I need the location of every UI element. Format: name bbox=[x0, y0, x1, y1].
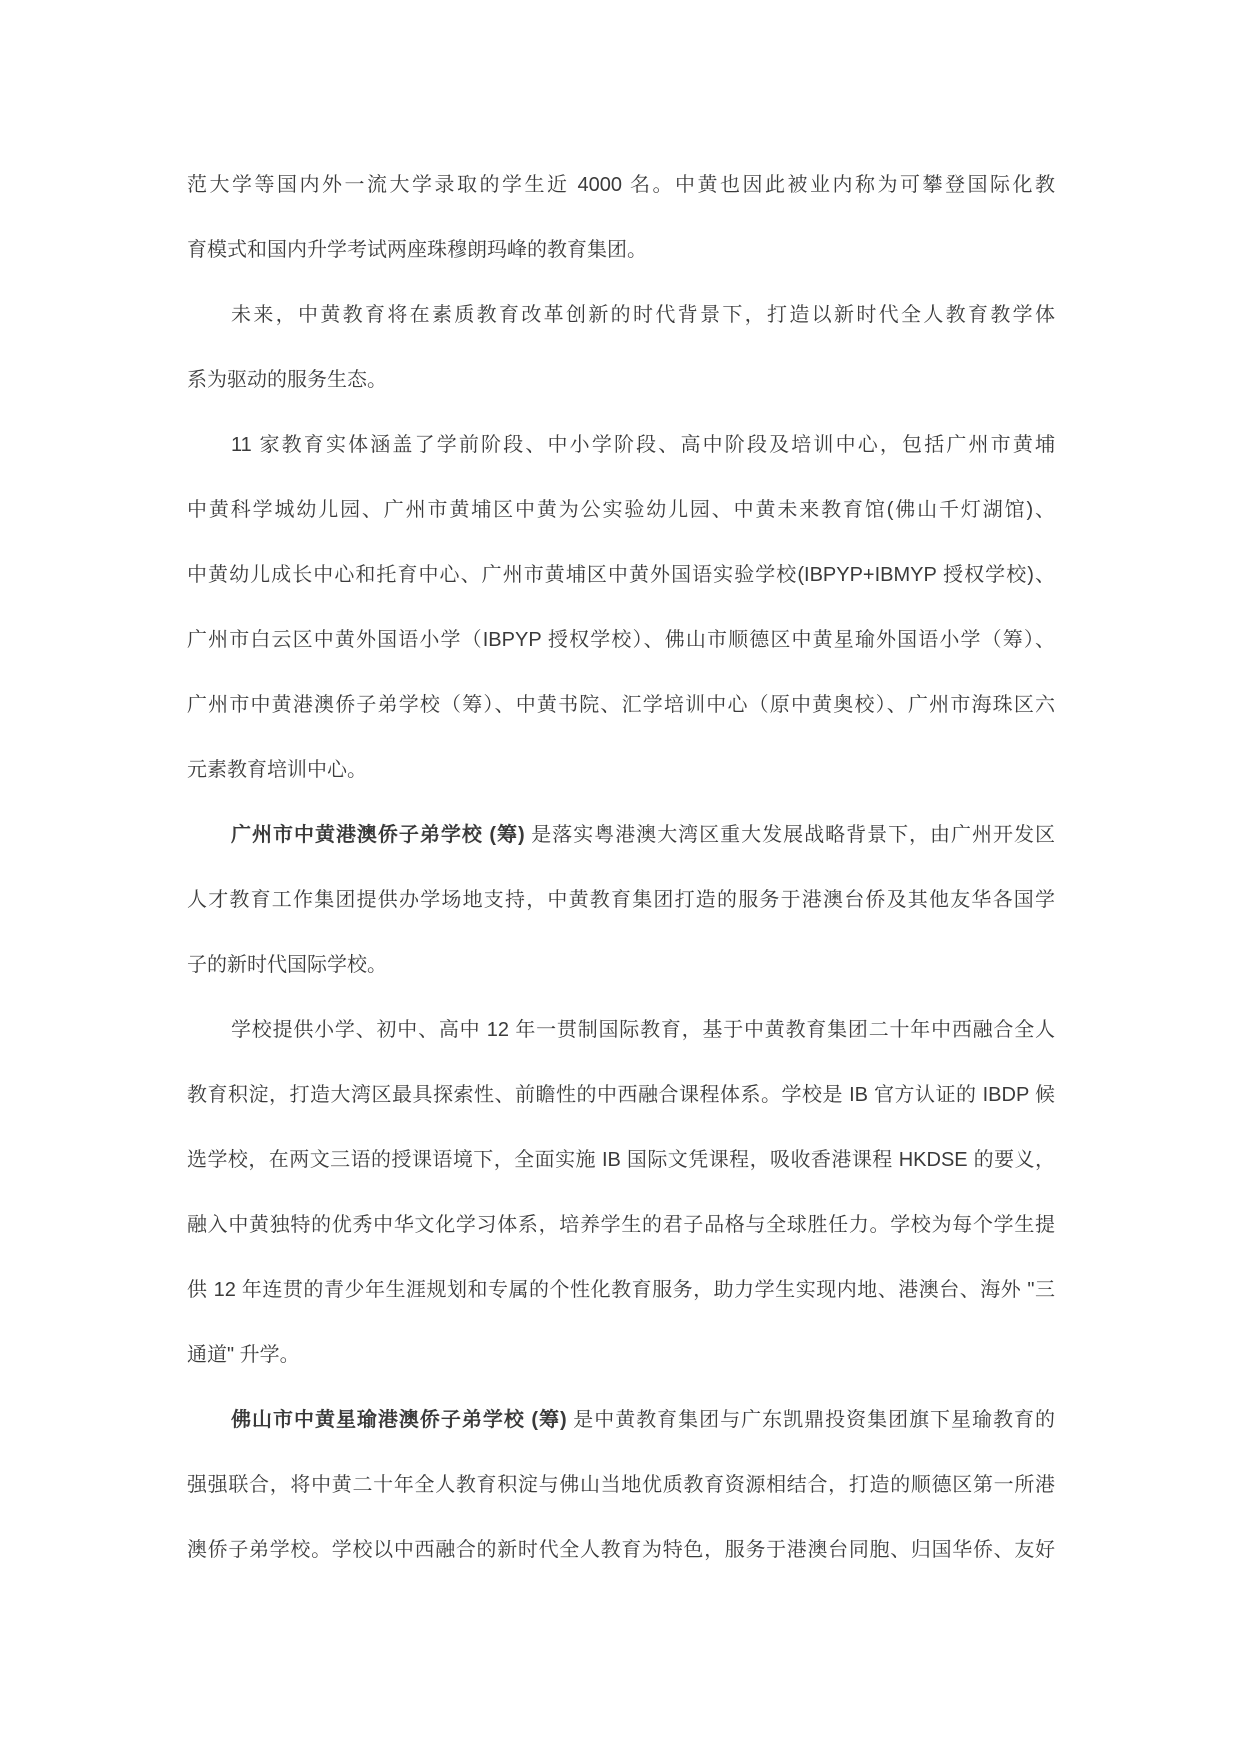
text-run: 是中黄教育集团与广东凯鼎投资集团旗下星瑜教育的 bbox=[567, 1409, 1055, 1431]
text-line: 广州市白云区中黄外国语小学（IBPYP 授权学校）、佛山市顺德区中黄星瑜外国语小… bbox=[187, 608, 1055, 673]
text-line: 融入中黄独特的优秀中华文化学习体系，培养学生的君子品格与全球胜任力。学校为每个学… bbox=[187, 1193, 1055, 1258]
paragraph: 学校提供小学、初中、高中 12 年一贯制国际教育，基于中黄教育集团二十年中西融合… bbox=[187, 998, 1055, 1388]
text-line: 广州市中黄港澳侨子弟学校 (筹) 是落实粤港澳大湾区重大发展战略背景下，由广州开… bbox=[187, 803, 1055, 868]
text-line: 中黄科学城幼儿园、广州市黄埔区中黄为公实验幼儿园、中黄未来教育馆(佛山千灯湖馆)… bbox=[187, 478, 1055, 543]
text-run: 是落实粤港澳大湾区重大发展战略背景下，由广州开发区 bbox=[525, 824, 1055, 846]
text-line: 人才教育工作集团提供办学场地支持，中黄教育集团打造的服务于港澳台侨及其他友华各国… bbox=[187, 868, 1055, 933]
text-body: 范大学等国内外一流大学录取的学生近 4000 名。中黄也因此被业内称为可攀登国际… bbox=[187, 153, 1055, 1583]
text-line: 学校提供小学、初中、高中 12 年一贯制国际教育，基于中黄教育集团二十年中西融合… bbox=[187, 998, 1055, 1063]
paragraph: 佛山市中黄星瑜港澳侨子弟学校 (筹) 是中黄教育集团与广东凯鼎投资集团旗下星瑜教… bbox=[187, 1388, 1055, 1583]
school-name-bold: 佛山市中黄星瑜港澳侨子弟学校 (筹) bbox=[231, 1409, 567, 1431]
text-line: 强强联合，将中黄二十年全人教育积淀与佛山当地优质教育资源相结合，打造的顺德区第一… bbox=[187, 1453, 1055, 1518]
paragraph: 广州市中黄港澳侨子弟学校 (筹) 是落实粤港澳大湾区重大发展战略背景下，由广州开… bbox=[187, 803, 1055, 998]
text-line: 选学校，在两文三语的授课语境下，全面实施 IB 国际文凭课程，吸收香港课程 HK… bbox=[187, 1128, 1055, 1193]
school-name-bold: 广州市中黄港澳侨子弟学校 (筹) bbox=[231, 824, 525, 846]
text-line: 11 家教育实体涵盖了学前阶段、中小学阶段、高中阶段及培训中心，包括广州市黄埔 bbox=[187, 413, 1055, 478]
text-line: 教育积淀，打造大湾区最具探索性、前瞻性的中西融合课程体系。学校是 IB 官方认证… bbox=[187, 1063, 1055, 1128]
text-line: 中黄幼儿成长中心和托育中心、广州市黄埔区中黄外国语实验学校(IBPYP+IBMY… bbox=[187, 543, 1055, 608]
text-line: 未来，中黄教育将在素质教育改革创新的时代背景下，打造以新时代全人教育教学体 bbox=[187, 283, 1055, 348]
text-line: 佛山市中黄星瑜港澳侨子弟学校 (筹) 是中黄教育集团与广东凯鼎投资集团旗下星瑜教… bbox=[187, 1388, 1055, 1453]
text-line: 育模式和国内升学考试两座珠穆朗玛峰的教育集团。 bbox=[187, 218, 1055, 283]
paragraph: 未来，中黄教育将在素质教育改革创新的时代背景下，打造以新时代全人教育教学体 系为… bbox=[187, 283, 1055, 413]
paragraph: 范大学等国内外一流大学录取的学生近 4000 名。中黄也因此被业内称为可攀登国际… bbox=[187, 153, 1055, 283]
text-line: 澳侨子弟学校。学校以中西融合的新时代全人教育为特色，服务于港澳台同胞、归国华侨、… bbox=[187, 1518, 1055, 1583]
paragraph: 11 家教育实体涵盖了学前阶段、中小学阶段、高中阶段及培训中心，包括广州市黄埔 … bbox=[187, 413, 1055, 803]
text-line: 范大学等国内外一流大学录取的学生近 4000 名。中黄也因此被业内称为可攀登国际… bbox=[187, 153, 1055, 218]
text-line: 通道" 升学。 bbox=[187, 1323, 1055, 1388]
text-line: 元素教育培训中心。 bbox=[187, 738, 1055, 803]
text-line: 系为驱动的服务生态。 bbox=[187, 348, 1055, 413]
text-line: 供 12 年连贯的青少年生涯规划和专属的个性化教育服务，助力学生实现内地、港澳台… bbox=[187, 1258, 1055, 1323]
text-line: 广州市中黄港澳侨子弟学校（筹）、中黄书院、汇学培训中心（原中黄奥校）、广州市海珠… bbox=[187, 673, 1055, 738]
text-line: 子的新时代国际学校。 bbox=[187, 933, 1055, 998]
document-page: { "page": { "background": "#ffffff", "te… bbox=[0, 0, 1241, 1755]
